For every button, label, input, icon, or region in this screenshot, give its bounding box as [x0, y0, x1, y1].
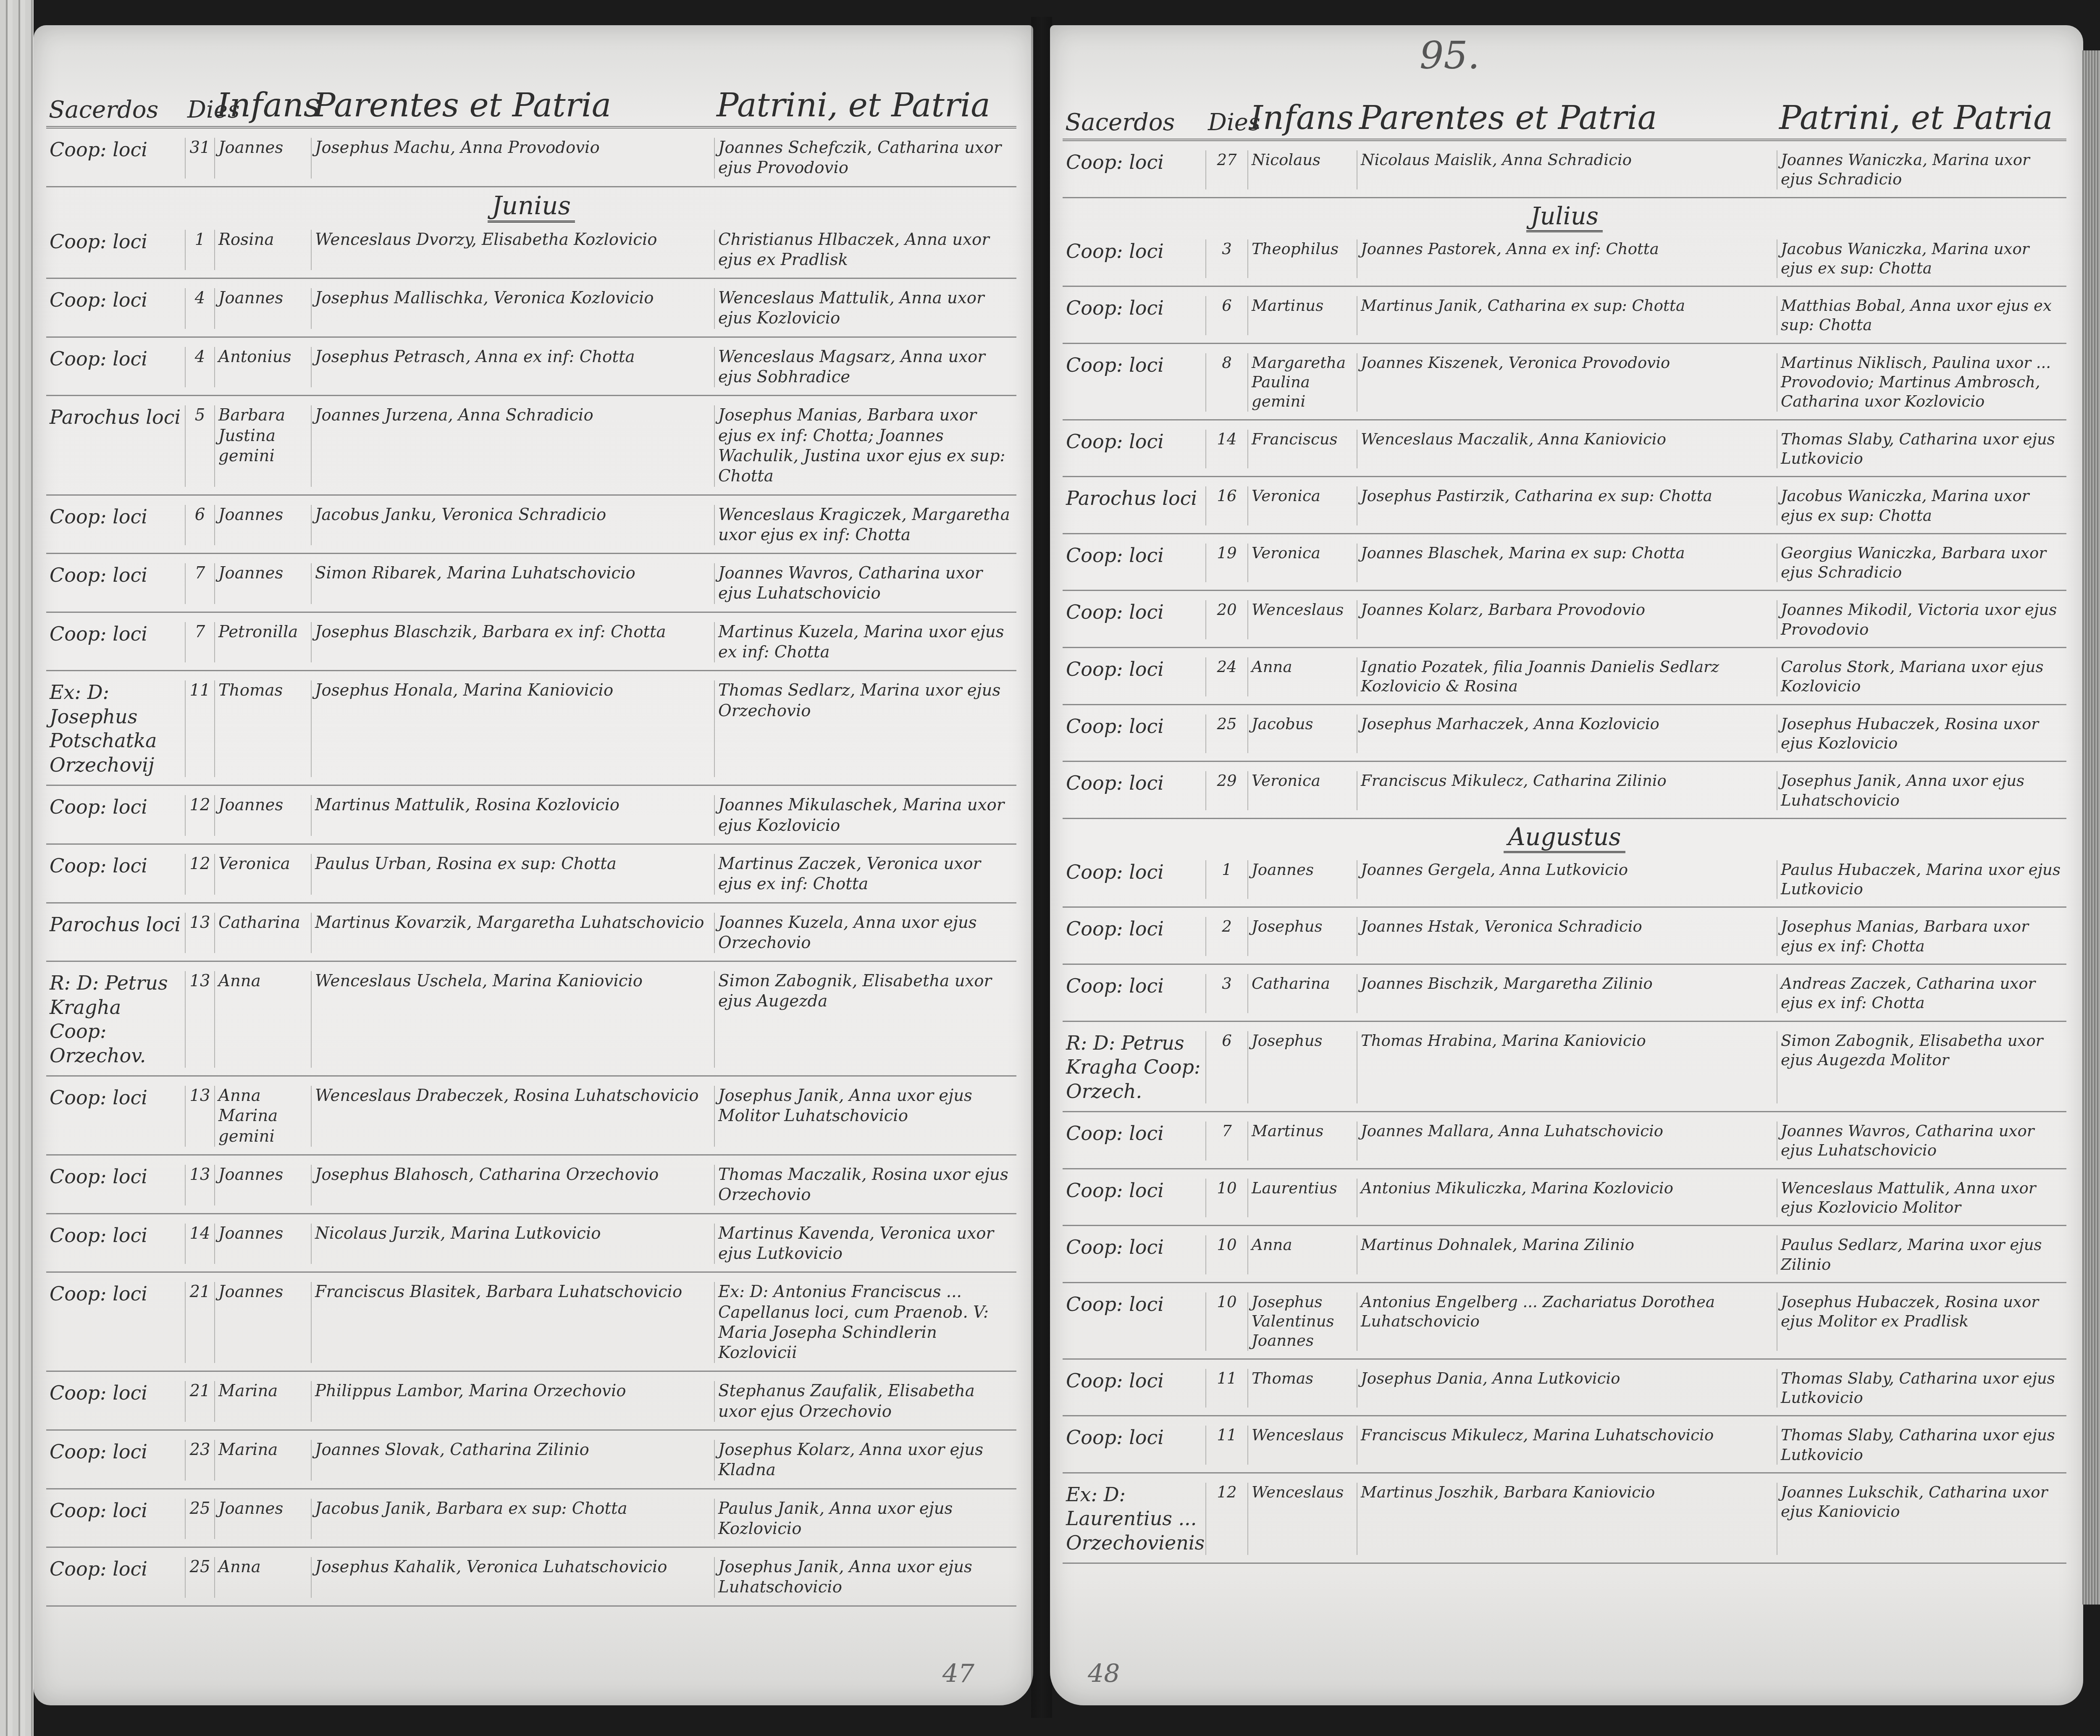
cell-patrini: Simon Zabognik, Elisabetha uxor ejus Aug…: [1777, 1031, 2066, 1104]
cell-sacerdos: Coop: loci: [46, 563, 185, 604]
cell-dies: 6: [1205, 1031, 1247, 1104]
cell-infans: Barbara Justina gemini: [214, 405, 311, 486]
right-page: 95. Sacerdos Dies Infans Parentes et Pat…: [1050, 25, 2083, 1705]
cell-patrini: Joannes Lukschik, Catharina uxor ejus Ka…: [1777, 1483, 2066, 1555]
cell-patrini: Paulus Hubaczek, Marina uxor ejus Lutkov…: [1777, 860, 2066, 899]
cell-patrini: Jacobus Waniczka, Marina uxor ejus ex su…: [1777, 239, 2066, 278]
cell-sacerdos: Coop: loci: [1063, 353, 1205, 412]
month-heading: Augustus: [1063, 819, 2066, 851]
cell-infans: Martinus: [1247, 296, 1357, 335]
cell-sacerdos: Coop: loci: [1063, 1121, 1205, 1161]
cell-sacerdos: Coop: loci: [46, 1224, 185, 1264]
cell-sacerdos: Coop: loci: [1063, 239, 1205, 278]
cell-sacerdos: Coop: loci: [46, 1499, 185, 1539]
cell-parentes: Martinus Janik, Catharina ex sup: Chotta: [1357, 296, 1777, 335]
cell-patrini: Georgius Waniczka, Barbara uxor ejus Sch…: [1777, 544, 2066, 583]
cell-parentes: Antonius Engelberg ... Zachariatus Dorot…: [1357, 1292, 1777, 1351]
cell-sacerdos: Parochus loci: [1063, 486, 1205, 525]
cell-parentes: Josephus Machu, Anna Provodovio: [311, 138, 714, 179]
register-entry: Coop: loci4JoannesJosephus Mallischka, V…: [46, 279, 1016, 338]
cell-dies: 12: [185, 795, 214, 836]
cell-infans: Joannes: [214, 505, 311, 546]
cell-dies: 6: [1205, 296, 1247, 335]
col-header-patrini: Patrini, et Patria: [714, 89, 1016, 126]
cell-parentes: Josephus Honala, Marina Kaniovicio: [311, 680, 714, 777]
cell-patrini: Paulus Sedlarz, Marina uxor ejus Zilinio: [1777, 1235, 2066, 1274]
register-entry: Coop: loci7JoannesSimon Ribarek, Marina …: [46, 554, 1016, 613]
register-entry: Coop: loci12VeronicaPaulus Urban, Rosina…: [46, 845, 1016, 903]
register-entry: Coop: loci14FranciscusWenceslaus Maczali…: [1063, 420, 2066, 478]
cell-dies: 11: [1205, 1426, 1247, 1465]
cell-dies: 8: [1205, 353, 1247, 412]
left-page-number: 47: [942, 1659, 974, 1689]
cell-dies: 27: [1205, 150, 1247, 189]
cell-sacerdos: Coop: loci: [1063, 1426, 1205, 1465]
cell-dies: 6: [185, 505, 214, 546]
cell-patrini: Josephus Hubaczek, Rosina uxor ejus Kozl…: [1777, 714, 2066, 754]
cell-sacerdos: Coop: loci: [46, 1381, 185, 1422]
cell-patrini: Joannes Mikulaschek, Marina uxor ejus Ko…: [714, 795, 1016, 836]
cell-infans: Joannes: [1247, 860, 1357, 899]
right-header-row: Sacerdos Dies Infans Parentes et Patria …: [1063, 71, 2066, 141]
cell-parentes: Simon Ribarek, Marina Luhatschovicio: [311, 563, 714, 604]
cell-parentes: Joannes Bischzik, Margaretha Zilinio: [1357, 974, 1777, 1013]
cell-parentes: Martinus Joszhik, Barbara Kaniovicio: [1357, 1483, 1777, 1555]
register-entry: Coop: loci4AntoniusJosephus Petrasch, An…: [46, 338, 1016, 397]
cell-sacerdos: Coop: loci: [46, 795, 185, 836]
col-header-patrini: Patrini, et Patria: [1777, 102, 2066, 139]
cell-patrini: Jacobus Waniczka, Marina uxor ejus ex su…: [1777, 486, 2066, 525]
register-entry: Coop: loci11WenceslausFranciscus Mikulec…: [1063, 1416, 2066, 1473]
left-header-row: Sacerdos Dies Infans Parentes et Patria …: [46, 59, 1016, 129]
cell-patrini: Wenceslaus Magsarz, Anna uxor ejus Sobhr…: [714, 347, 1016, 388]
cell-patrini: Simon Zabognik, Elisabetha uxor ejus Aug…: [714, 971, 1016, 1068]
cell-infans: Veronica: [1247, 771, 1357, 810]
cell-sacerdos: Coop: loci: [46, 138, 185, 179]
left-page: Sacerdos Dies Infans Parentes et Patria …: [34, 25, 1033, 1705]
cell-sacerdos: Coop: loci: [1063, 771, 1205, 810]
cell-parentes: Paulus Urban, Rosina ex sup: Chotta: [311, 854, 714, 895]
register-entry: Coop: loci21JoannesFranciscus Blasitek, …: [46, 1273, 1016, 1372]
register-entry: Coop: loci3TheophilusJoannes Pastorek, A…: [1063, 230, 2066, 287]
cell-dies: 10: [1205, 1235, 1247, 1274]
cell-patrini: Stephanus Zaufalik, Elisabetha uxor ejus…: [714, 1381, 1016, 1422]
cell-sacerdos: Coop: loci: [1063, 544, 1205, 583]
cell-patrini: Thomas Slaby, Catharina uxor ejus Lutkov…: [1777, 1369, 2066, 1408]
cell-patrini: Thomas Slaby, Catharina uxor ejus Lutkov…: [1777, 1426, 2066, 1465]
register-entry: Coop: loci6JoannesJacobus Janku, Veronic…: [46, 496, 1016, 554]
cell-sacerdos: Coop: loci: [1063, 1292, 1205, 1351]
book-page-edges: [0, 0, 34, 1736]
cell-parentes: Josephus Marhaczek, Anna Kozlovicio: [1357, 714, 1777, 754]
month-heading: Julius: [1063, 198, 2066, 230]
register-entry: Coop: loci24AnnaIgnatio Pozatek, filia J…: [1063, 648, 2066, 705]
cell-dies: 25: [185, 1499, 214, 1539]
cell-patrini: Martinus Kuzela, Marina uxor ejus ex inf…: [714, 622, 1016, 663]
cell-parentes: Wenceslaus Dvorzy, Elisabetha Kozlovicio: [311, 230, 714, 271]
cell-parentes: Josephus Pastirzik, Catharina ex sup: Ch…: [1357, 486, 1777, 525]
cell-dies: 11: [1205, 1369, 1247, 1408]
cell-parentes: Joannes Kolarz, Barbara Provodovio: [1357, 600, 1777, 639]
cell-parentes: Nicolaus Maislik, Anna Schradicio: [1357, 150, 1777, 189]
col-header-sacerdos: Sacerdos: [1063, 111, 1205, 139]
cell-dies: 4: [185, 347, 214, 388]
cell-sacerdos: Ex: D: Laurentius ... Orzechovienis: [1063, 1483, 1205, 1555]
cell-dies: 7: [185, 563, 214, 604]
register-entry: Coop: loci19VeronicaJoannes Blaschek, Ma…: [1063, 534, 2066, 591]
cell-dies: 21: [185, 1381, 214, 1422]
cell-dies: 13: [185, 1165, 214, 1205]
cell-infans: Wenceslaus: [1247, 1426, 1357, 1465]
cell-infans: Joannes: [214, 138, 311, 179]
register-entry: Parochus loci16VeronicaJosephus Pastirzi…: [1063, 477, 2066, 534]
cell-infans: Joannes: [214, 795, 311, 836]
cell-parentes: Wenceslaus Drabeczek, Rosina Luhatschovi…: [311, 1086, 714, 1147]
cell-dies: 5: [185, 405, 214, 486]
cell-patrini: Josephus Janik, Anna uxor ejus Luhatscho…: [714, 1557, 1016, 1598]
cell-parentes: Josephus Petrasch, Anna ex inf: Chotta: [311, 347, 714, 388]
cell-sacerdos: Ex: D: Josephus Potschatka Orzechovij: [46, 680, 185, 777]
cell-parentes: Franciscus Mikulecz, Marina Luhatschovic…: [1357, 1426, 1777, 1465]
cell-infans: Nicolaus: [1247, 150, 1357, 189]
col-header-dies: Dies: [1205, 111, 1247, 139]
cell-infans: Josephus: [1247, 917, 1357, 956]
cell-parentes: Franciscus Mikulecz, Catharina Zilinio: [1357, 771, 1777, 810]
cell-infans: Anna: [214, 1557, 311, 1598]
register-entry: Coop: loci25JacobusJosephus Marhaczek, A…: [1063, 705, 2066, 762]
cell-sacerdos: R: D: Petrus Kragha Coop: Orzechov.: [46, 971, 185, 1068]
register-entry: Coop: loci12JoannesMartinus Mattulik, Ro…: [46, 786, 1016, 845]
cell-infans: Veronica: [214, 854, 311, 895]
cell-sacerdos: Coop: loci: [1063, 430, 1205, 469]
register-entry: R: D: Petrus Kragha Coop: Orzechov.13Ann…: [46, 962, 1016, 1077]
cell-patrini: Josephus Manias, Barbara uxor ejus ex in…: [1777, 917, 2066, 956]
register-entry: Coop: loci10LaurentiusAntonius Mikuliczk…: [1063, 1169, 2066, 1226]
cell-patrini: Martinus Kavenda, Veronica uxor ejus Lut…: [714, 1224, 1016, 1264]
cell-sacerdos: Coop: loci: [46, 1282, 185, 1363]
cell-parentes: Franciscus Blasitek, Barbara Luhatschovi…: [311, 1282, 714, 1363]
cell-sacerdos: Coop: loci: [1063, 917, 1205, 956]
cell-sacerdos: Coop: loci: [1063, 150, 1205, 189]
cell-sacerdos: Coop: loci: [46, 505, 185, 546]
cell-dies: 24: [1205, 657, 1247, 696]
register-entry: Coop: loci25AnnaJosephus Kahalik, Veroni…: [46, 1548, 1016, 1607]
cell-dies: 12: [185, 854, 214, 895]
cell-parentes: Josephus Blahosch, Catharina Orzechovio: [311, 1165, 714, 1205]
cell-sacerdos: Coop: loci: [1063, 714, 1205, 754]
cell-sacerdos: Coop: loci: [1063, 1369, 1205, 1408]
month-heading: Junius: [46, 187, 1016, 221]
cell-dies: 23: [185, 1440, 214, 1481]
cell-parentes: Joannes Hstak, Veronica Schradicio: [1357, 917, 1777, 956]
cell-patrini: Andreas Zaczek, Catharina uxor ejus ex i…: [1777, 974, 2066, 1013]
register-entry: Ex: D: Laurentius ... Orzechovienis12Wen…: [1063, 1473, 2066, 1564]
cell-patrini: Joannes Waniczka, Marina uxor ejus Schra…: [1777, 150, 2066, 189]
book-fore-edge: [2082, 50, 2100, 1605]
cell-infans: Franciscus: [1247, 430, 1357, 469]
cell-infans: Anna: [214, 971, 311, 1068]
cell-dies: 31: [185, 138, 214, 179]
register-entry: Coop: loci6MartinusMartinus Janik, Catha…: [1063, 287, 2066, 344]
col-header-infans: Infans: [1247, 102, 1357, 139]
register-entry: Coop: loci29VeronicaFranciscus Mikulecz,…: [1063, 762, 2066, 819]
cell-parentes: Wenceslaus Uschela, Marina Kaniovicio: [311, 971, 714, 1068]
cell-dies: 11: [185, 680, 214, 777]
register-entry: Coop: loci20WenceslausJoannes Kolarz, Ba…: [1063, 591, 2066, 648]
cell-parentes: Martinus Dohnalek, Marina Zilinio: [1357, 1235, 1777, 1274]
cell-infans: Joannes: [214, 1499, 311, 1539]
cell-dies: 25: [185, 1557, 214, 1598]
cell-parentes: Joannes Blaschek, Marina ex sup: Chotta: [1357, 544, 1777, 583]
cell-parentes: Joannes Gergela, Anna Lutkovicio: [1357, 860, 1777, 899]
cell-infans: Veronica: [1247, 544, 1357, 583]
cell-infans: Thomas: [214, 680, 311, 777]
col-header-sacerdos: Sacerdos: [46, 98, 185, 126]
cell-parentes: Josephus Blaschzik, Barbara ex inf: Chot…: [311, 622, 714, 663]
register-entry: Parochus loci13CatharinaMartinus Kovarzi…: [46, 903, 1016, 962]
cell-dies: 1: [185, 230, 214, 271]
register-entry: Coop: loci13JoannesJosephus Blahosch, Ca…: [46, 1156, 1016, 1214]
cell-patrini: Ex: D: Antonius Franciscus ... Capellanu…: [714, 1282, 1016, 1363]
cell-patrini: Joannes Kuzela, Anna uxor ejus Orzechovi…: [714, 913, 1016, 953]
register-entry: Ex: D: Josephus Potschatka Orzechovij11T…: [46, 671, 1016, 786]
cell-parentes: Josephus Dania, Anna Lutkovicio: [1357, 1369, 1777, 1408]
cell-sacerdos: Coop: loci: [46, 230, 185, 271]
cell-parentes: Thomas Hrabina, Marina Kaniovicio: [1357, 1031, 1777, 1104]
cell-parentes: Antonius Mikuliczka, Marina Kozlovicio: [1357, 1179, 1777, 1218]
col-header-parentes: Parentes et Patria: [311, 89, 714, 126]
register-entry: Coop: loci1JoannesJoannes Gergela, Anna …: [1063, 851, 2066, 908]
cell-dies: 3: [1205, 239, 1247, 278]
cell-parentes: Wenceslaus Maczalik, Anna Kaniovicio: [1357, 430, 1777, 469]
cell-dies: 2: [1205, 917, 1247, 956]
cell-sacerdos: Coop: loci: [46, 1086, 185, 1147]
cell-dies: 7: [1205, 1121, 1247, 1161]
cell-dies: 16: [1205, 486, 1247, 525]
cell-parentes: Josephus Mallischka, Veronica Kozlovicio: [311, 288, 714, 329]
cell-dies: 19: [1205, 544, 1247, 583]
cell-dies: 14: [185, 1224, 214, 1264]
register-entry: Coop: loci8Margaretha Paulina geminiJoan…: [1063, 344, 2066, 420]
cell-dies: 14: [1205, 430, 1247, 469]
cell-sacerdos: Coop: loci: [46, 622, 185, 663]
cell-patrini: Matthias Bobal, Anna uxor ejus ex sup: C…: [1777, 296, 2066, 335]
cell-infans: Catharina: [1247, 974, 1357, 1013]
left-rows: Coop: loci31JoannesJosephus Machu, Anna …: [46, 129, 1016, 1607]
col-header-infans: Infans: [214, 89, 311, 126]
cell-dies: 25: [1205, 714, 1247, 754]
cell-infans: Catharina: [214, 913, 311, 953]
cell-infans: Thomas: [1247, 1369, 1357, 1408]
cell-infans: Martinus: [1247, 1121, 1357, 1161]
cell-infans: Anna Marina gemini: [214, 1086, 311, 1147]
right-ledger-table: Sacerdos Dies Infans Parentes et Patria …: [1063, 71, 2066, 1655]
cell-patrini: Thomas Sedlarz, Marina uxor ejus Orzecho…: [714, 680, 1016, 777]
cell-infans: Joannes: [214, 288, 311, 329]
cell-parentes: Martinus Mattulik, Rosina Kozlovicio: [311, 795, 714, 836]
right-page-number-bottom: 48: [1088, 1659, 1120, 1689]
cell-sacerdos: Coop: loci: [1063, 1179, 1205, 1218]
book-gutter: [1031, 17, 1052, 1718]
cell-patrini: Joannes Mikodil, Victoria uxor ejus Prov…: [1777, 600, 2066, 639]
cell-parentes: Joannes Pastorek, Anna ex inf: Chotta: [1357, 239, 1777, 278]
cell-sacerdos: Coop: loci: [46, 1557, 185, 1598]
cell-infans: Wenceslaus: [1247, 1483, 1357, 1555]
cell-dies: 13: [185, 971, 214, 1068]
register-entry: Coop: loci25JoannesJacobus Janik, Barbar…: [46, 1489, 1016, 1548]
cell-parentes: Joannes Kiszenek, Veronica Provodovio: [1357, 353, 1777, 412]
cell-patrini: Thomas Maczalik, Rosina uxor ejus Orzech…: [714, 1165, 1016, 1205]
cell-infans: Joannes: [214, 1165, 311, 1205]
cell-sacerdos: Coop: loci: [46, 347, 185, 388]
register-entry: Parochus loci5Barbara Justina geminiJoan…: [46, 396, 1016, 495]
register-entry: Coop: loci7PetronillaJosephus Blaschzik,…: [46, 613, 1016, 672]
register-entry: Coop: loci1RosinaWenceslaus Dvorzy, Elis…: [46, 221, 1016, 279]
register-entry: Coop: loci27NicolausNicolaus Maislik, An…: [1063, 141, 2066, 198]
cell-patrini: Wenceslaus Mattulik, Anna uxor ejus Kozl…: [714, 288, 1016, 329]
cell-patrini: Paulus Janik, Anna uxor ejus Kozlovicio: [714, 1499, 1016, 1539]
col-header-dies: Dies: [185, 98, 214, 126]
cell-patrini: Wenceslaus Mattulik, Anna uxor ejus Kozl…: [1777, 1179, 2066, 1218]
cell-parentes: Martinus Kovarzik, Margaretha Luhatschov…: [311, 913, 714, 953]
cell-parentes: Philippus Lambor, Marina Orzechovio: [311, 1381, 714, 1422]
cell-patrini: Joannes Schefczik, Catharina uxor ejus P…: [714, 138, 1016, 179]
cell-dies: 3: [1205, 974, 1247, 1013]
cell-sacerdos: Coop: loci: [46, 1165, 185, 1205]
cell-infans: Margaretha Paulina gemini: [1247, 353, 1357, 412]
cell-parentes: Jacobus Janik, Barbara ex sup: Chotta: [311, 1499, 714, 1539]
cell-dies: 7: [185, 622, 214, 663]
cell-sacerdos: Parochus loci: [46, 405, 185, 486]
register-entry: Coop: loci13Anna Marina geminiWenceslaus…: [46, 1077, 1016, 1156]
cell-dies: 13: [185, 913, 214, 953]
cell-sacerdos: Coop: loci: [1063, 657, 1205, 696]
cell-dies: 20: [1205, 600, 1247, 639]
cell-dies: 10: [1205, 1179, 1247, 1218]
cell-infans: Jacobus: [1247, 714, 1357, 754]
register-spread: Sacerdos Dies Infans Parentes et Patria …: [0, 0, 2100, 1736]
cell-dies: 12: [1205, 1483, 1247, 1555]
cell-sacerdos: Coop: loci: [1063, 600, 1205, 639]
cell-patrini: Christianus Hlbaczek, Anna uxor ejus ex …: [714, 230, 1016, 271]
cell-sacerdos: Coop: loci: [1063, 860, 1205, 899]
cell-infans: Rosina: [214, 230, 311, 271]
cell-dies: 10: [1205, 1292, 1247, 1351]
register-entry: Coop: loci14JoannesNicolaus Jurzik, Mari…: [46, 1214, 1016, 1273]
cell-dies: 1: [1205, 860, 1247, 899]
cell-patrini: Wenceslaus Kragiczek, Margaretha uxor ej…: [714, 505, 1016, 546]
left-ledger-table: Sacerdos Dies Infans Parentes et Patria …: [46, 59, 1016, 1655]
cell-infans: Petronilla: [214, 622, 311, 663]
cell-infans: Laurentius: [1247, 1179, 1357, 1218]
cell-infans: Marina: [214, 1381, 311, 1422]
cell-infans: Joannes: [214, 563, 311, 604]
cell-parentes: Ignatio Pozatek, filia Joannis Danielis …: [1357, 657, 1777, 696]
cell-dies: 29: [1205, 771, 1247, 810]
right-rows: Coop: loci27NicolausNicolaus Maislik, An…: [1063, 141, 2066, 1564]
register-entry: Coop: loci10Josephus Valentinus JoannesA…: [1063, 1283, 2066, 1360]
cell-infans: Anna: [1247, 1235, 1357, 1274]
cell-infans: Josephus Valentinus Joannes: [1247, 1292, 1357, 1351]
cell-infans: Veronica: [1247, 486, 1357, 525]
register-entry: Coop: loci31JoannesJosephus Machu, Anna …: [46, 129, 1016, 187]
cell-parentes: Joannes Slovak, Catharina Zilinio: [311, 1440, 714, 1481]
cell-patrini: Martinus Zaczek, Veronica uxor ejus ex i…: [714, 854, 1016, 895]
cell-patrini: Josephus Kolarz, Anna uxor ejus Kladna: [714, 1440, 1016, 1481]
cell-sacerdos: Coop: loci: [46, 288, 185, 329]
col-header-parentes: Parentes et Patria: [1357, 102, 1777, 139]
cell-infans: Joannes: [214, 1224, 311, 1264]
register-entry: Coop: loci3CatharinaJoannes Bischzik, Ma…: [1063, 965, 2066, 1022]
cell-infans: Theophilus: [1247, 239, 1357, 278]
cell-patrini: Carolus Stork, Mariana uxor ejus Kozlovi…: [1777, 657, 2066, 696]
cell-patrini: Thomas Slaby, Catharina uxor ejus Lutkov…: [1777, 430, 2066, 469]
cell-parentes: Joannes Mallara, Anna Luhatschovicio: [1357, 1121, 1777, 1161]
cell-patrini: Joannes Wavros, Catharina uxor ejus Luha…: [1777, 1121, 2066, 1161]
cell-parentes: Jacobus Janku, Veronica Schradicio: [311, 505, 714, 546]
cell-parentes: Josephus Kahalik, Veronica Luhatschovici…: [311, 1557, 714, 1598]
register-entry: Coop: loci23MarinaJoannes Slovak, Cathar…: [46, 1431, 1016, 1489]
cell-dies: 21: [185, 1282, 214, 1363]
register-entry: Coop: loci21MarinaPhilippus Lambor, Mari…: [46, 1372, 1016, 1431]
cell-infans: Anna: [1247, 657, 1357, 696]
cell-patrini: Josephus Janik, Anna uxor ejus Luhatscho…: [1777, 771, 2066, 810]
cell-infans: Wenceslaus: [1247, 600, 1357, 639]
cell-sacerdos: Coop: loci: [46, 854, 185, 895]
cell-sacerdos: Parochus loci: [46, 913, 185, 953]
cell-dies: 13: [185, 1086, 214, 1147]
cell-infans: Josephus: [1247, 1031, 1357, 1104]
register-entry: Coop: loci2JosephusJoannes Hstak, Veroni…: [1063, 908, 2066, 965]
cell-infans: Joannes: [214, 1282, 311, 1363]
cell-sacerdos: R: D: Petrus Kragha Coop: Orzech.: [1063, 1031, 1205, 1104]
cell-infans: Antonius: [214, 347, 311, 388]
cell-patrini: Joannes Wavros, Catharina uxor ejus Luha…: [714, 563, 1016, 604]
cell-infans: Marina: [214, 1440, 311, 1481]
register-entry: Coop: loci11ThomasJosephus Dania, Anna L…: [1063, 1360, 2066, 1417]
cell-sacerdos: Coop: loci: [1063, 974, 1205, 1013]
cell-parentes: Joannes Jurzena, Anna Schradicio: [311, 405, 714, 486]
cell-patrini: Josephus Manias, Barbara uxor ejus ex in…: [714, 405, 1016, 486]
register-entry: Coop: loci10AnnaMartinus Dohnalek, Marin…: [1063, 1226, 2066, 1283]
cell-sacerdos: Coop: loci: [1063, 296, 1205, 335]
register-entry: Coop: loci7MartinusJoannes Mallara, Anna…: [1063, 1112, 2066, 1169]
cell-sacerdos: Coop: loci: [1063, 1235, 1205, 1274]
cell-patrini: Josephus Hubaczek, Rosina uxor ejus Moli…: [1777, 1292, 2066, 1351]
cell-sacerdos: Coop: loci: [46, 1440, 185, 1481]
cell-patrini: Martinus Niklisch, Paulina uxor ... Prov…: [1777, 353, 2066, 412]
cell-patrini: Josephus Janik, Anna uxor ejus Molitor L…: [714, 1086, 1016, 1147]
cell-dies: 4: [185, 288, 214, 329]
cell-parentes: Nicolaus Jurzik, Marina Lutkovicio: [311, 1224, 714, 1264]
register-entry: R: D: Petrus Kragha Coop: Orzech.6Joseph…: [1063, 1022, 2066, 1113]
